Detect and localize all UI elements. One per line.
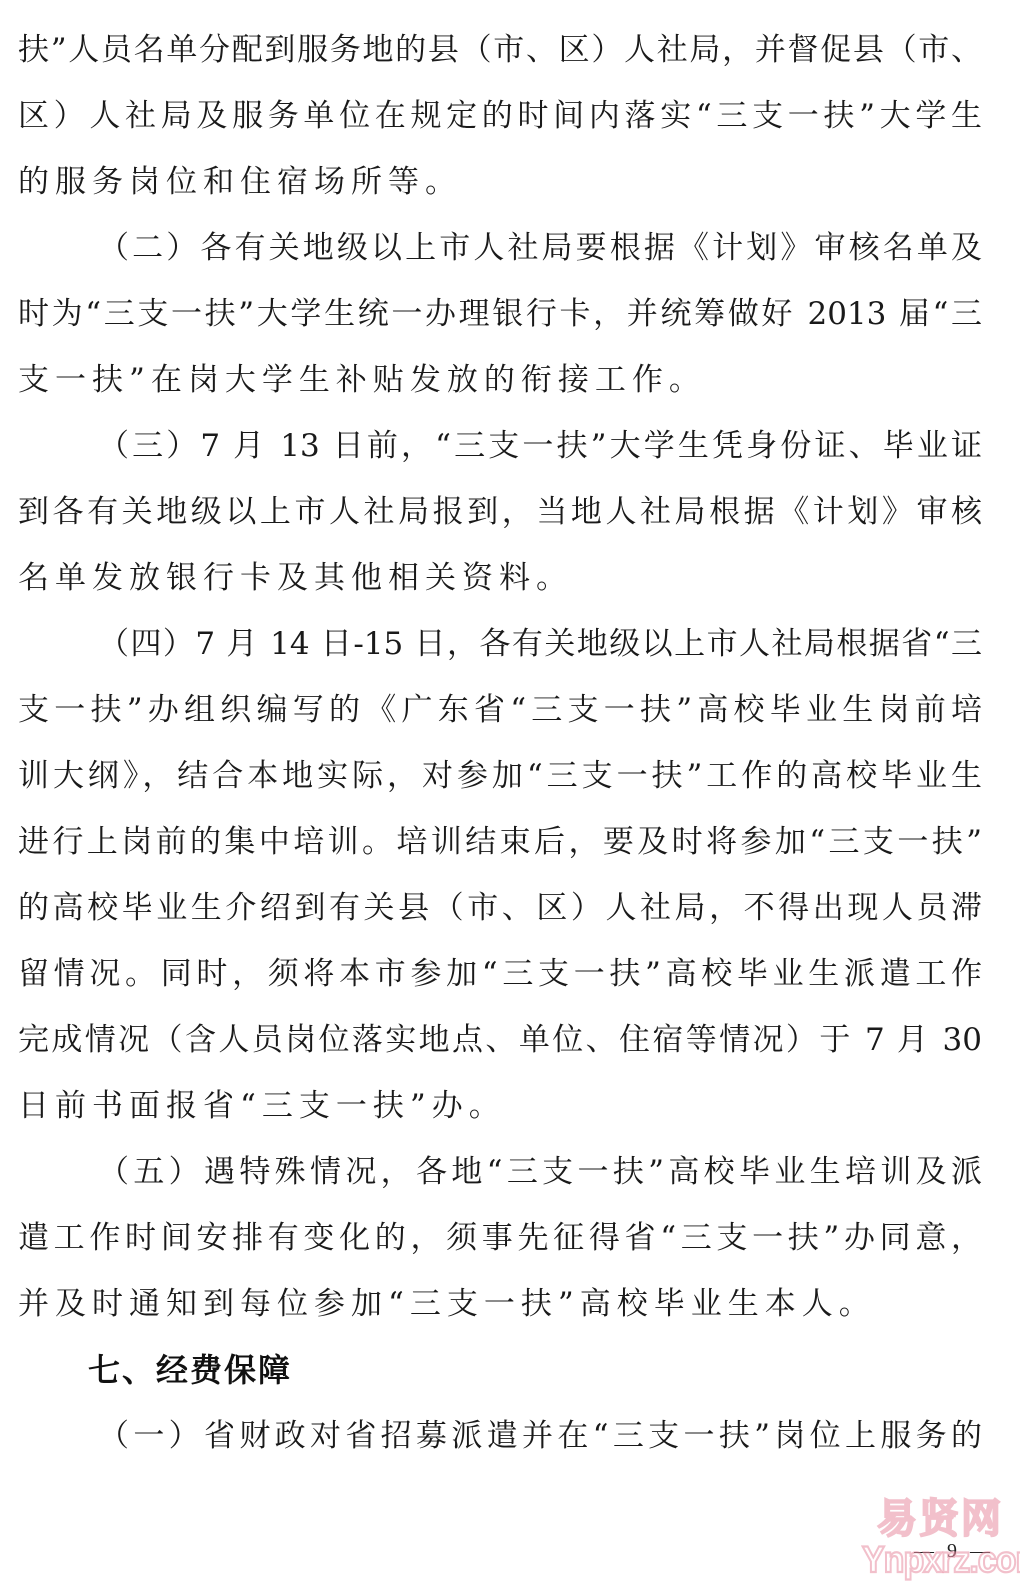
- text-line: 到各有关地级以上市人社局报到，当地人社局根据《计划》审核: [18, 490, 982, 534]
- text-line: 的服务岗位和住宿场所等。: [18, 160, 982, 204]
- text-line: 留情况。同时，须将本市参加“三支一扶”高校毕业生派遣工作: [18, 952, 982, 996]
- paragraph-4-start: （四）7 月 14 日-15 日，各有关地级以上市人社局根据省“三: [98, 622, 982, 666]
- text-line: 支一扶”办组织编写的《广东省“三支一扶”高校毕业生岗前培: [18, 688, 982, 732]
- text-line: 区）人社局及服务单位在规定的时间内落实“三支一扶”大学生: [18, 94, 982, 138]
- watermark-logo: 易贤网 Ynpxrz.com: [862, 1496, 1018, 1582]
- text-line: 日前书面报省“三支一扶”办。: [18, 1084, 982, 1128]
- watermark-chinese-text: 易贤网: [862, 1496, 1018, 1542]
- paragraph-3-start: （三）7 月 13 日前，“三支一扶”大学生凭身份证、毕业证: [98, 424, 982, 468]
- text-line: 名单发放银行卡及其他相关资料。: [18, 556, 982, 600]
- paragraph-funding-1-start: （一）省财政对省招募派遣并在“三支一扶”岗位上服务的: [98, 1414, 982, 1458]
- text-line: 的高校毕业生介绍到有关县（市、区）人社局，不得出现人员滞: [18, 886, 982, 930]
- text-line: 进行上岗前的集中培训。培训结束后，要及时将参加“三支一扶”: [18, 820, 982, 864]
- text-line: 遣工作时间安排有变化的，须事先征得省“三支一扶”办同意，: [18, 1216, 982, 1260]
- page-number: — 9 —: [914, 1540, 994, 1563]
- text-line: 扶”人员名单分配到服务地的县（市、区）人社局，并督促县（市、: [18, 28, 982, 72]
- section-heading: 七、经费保障: [88, 1348, 292, 1392]
- document-page: 扶”人员名单分配到服务地的县（市、区）人社局，并督促县（市、 区）人社局及服务单…: [0, 0, 1020, 1583]
- text-line: 并及时通知到每位参加“三支一扶”高校毕业生本人。: [18, 1282, 982, 1326]
- text-line: 时为“三支一扶”大学生统一办理银行卡，并统筹做好 2013 届“三: [18, 292, 982, 336]
- text-line: 训大纲》，结合本地实际，对参加“三支一扶”工作的高校毕业生: [18, 754, 982, 798]
- text-line: 支一扶”在岗大学生补贴发放的衔接工作。: [18, 358, 982, 402]
- paragraph-2-start: （二）各有关地级以上市人社局要根据《计划》审核名单及: [98, 226, 982, 270]
- paragraph-5-start: （五）遇特殊情况，各地“三支一扶”高校毕业生培训及派: [98, 1150, 982, 1194]
- text-line: 完成情况（含人员岗位落实地点、单位、住宿等情况）于 7 月 30: [18, 1018, 982, 1062]
